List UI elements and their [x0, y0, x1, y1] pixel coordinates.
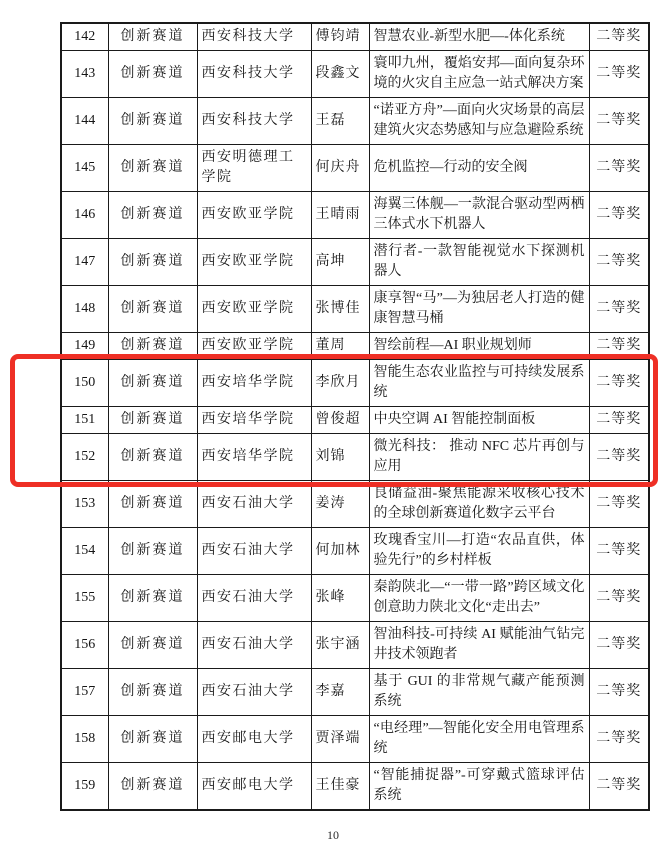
table-row: 146创新赛道西安欧亚学院王晴雨海翼三体舰—一款混合驱动型两栖三体式水下机器人二… — [61, 192, 649, 239]
table-row: 148创新赛道西安欧亚学院张博佳康享智“马”—为独居老人打造的健康智慧马桶二等奖 — [61, 286, 649, 333]
cell-row-number: 148 — [61, 286, 108, 333]
cell-row-number: 155 — [61, 575, 108, 622]
cell-row-number: 152 — [61, 434, 108, 481]
cell-school: 西安培华学院 — [197, 407, 311, 434]
cell-leader-name: 刘锦 — [311, 434, 369, 481]
cell-row-number: 142 — [61, 23, 108, 51]
cell-leader-name: 何庆舟 — [311, 145, 369, 192]
cell-school: 西安科技大学 — [197, 23, 311, 51]
cell-leader-name: 王晴雨 — [311, 192, 369, 239]
cell-award-level: 二等奖 — [589, 763, 649, 811]
cell-track: 创新赛道 — [108, 360, 197, 407]
cell-track: 创新赛道 — [108, 716, 197, 763]
cell-leader-name: 曾俊超 — [311, 407, 369, 434]
cell-school: 西安邮电大学 — [197, 763, 311, 811]
cell-leader-name: 张峰 — [311, 575, 369, 622]
cell-school: 西安石油大学 — [197, 622, 311, 669]
cell-track: 创新赛道 — [108, 481, 197, 528]
cell-award-level: 二等奖 — [589, 239, 649, 286]
cell-project-title: 智绘前程—AI 职业规划师 — [369, 333, 589, 360]
cell-school: 西安石油大学 — [197, 575, 311, 622]
cell-leader-name: 李欣月 — [311, 360, 369, 407]
cell-track: 创新赛道 — [108, 23, 197, 51]
cell-leader-name: 李嘉 — [311, 669, 369, 716]
cell-track: 创新赛道 — [108, 239, 197, 286]
table-row: 155创新赛道西安石油大学张峰秦韵陕北—“一带一路”跨区域文化创意助力陕北文化“… — [61, 575, 649, 622]
cell-award-level: 二等奖 — [589, 669, 649, 716]
cell-school: 西安科技大学 — [197, 98, 311, 145]
cell-award-level: 二等奖 — [589, 333, 649, 360]
table-row: 143创新赛道西安科技大学段鑫文寰叩九州，覆焰安邦—面向复杂环境的火灾自主应急一… — [61, 51, 649, 98]
cell-row-number: 156 — [61, 622, 108, 669]
cell-leader-name: 张宇涵 — [311, 622, 369, 669]
cell-project-title: 智能生态农业监控与可持续发展系统 — [369, 360, 589, 407]
table-row: 142创新赛道西安科技大学傅钧靖智慧农业-新型水肥—-体化系统二等奖 — [61, 23, 649, 51]
table-row: 150创新赛道西安培华学院李欣月智能生态农业监控与可持续发展系统二等奖 — [61, 360, 649, 407]
cell-school: 西安欧亚学院 — [197, 192, 311, 239]
cell-school: 西安培华学院 — [197, 360, 311, 407]
cell-track: 创新赛道 — [108, 51, 197, 98]
cell-row-number: 144 — [61, 98, 108, 145]
cell-project-title: 寰叩九州，覆焰安邦—面向复杂环境的火灾自主应急一站式解决方案 — [369, 51, 589, 98]
table-row: 158创新赛道西安邮电大学贾泽端“电经理”—智能化安全用电管理系统二等奖 — [61, 716, 649, 763]
cell-leader-name: 何加林 — [311, 528, 369, 575]
table-row: 145创新赛道西安明德理工学院何庆舟危机监控—行动的安全阀二等奖 — [61, 145, 649, 192]
cell-project-title: 潜行者-一款智能视觉水下探测机器人 — [369, 239, 589, 286]
cell-award-level: 二等奖 — [589, 622, 649, 669]
cell-award-level: 二等奖 — [589, 481, 649, 528]
cell-track: 创新赛道 — [108, 669, 197, 716]
cell-project-title: 智油科技-可持续 AI 赋能油气钻完井技术领跑者 — [369, 622, 589, 669]
cell-leader-name: 姜涛 — [311, 481, 369, 528]
cell-school: 西安科技大学 — [197, 51, 311, 98]
cell-leader-name: 董周 — [311, 333, 369, 360]
cell-row-number: 159 — [61, 763, 108, 811]
cell-school: 西安邮电大学 — [197, 716, 311, 763]
cell-row-number: 153 — [61, 481, 108, 528]
cell-leader-name: 段鑫文 — [311, 51, 369, 98]
cell-project-title: 玫瑰香宝川—打造“农品直供，体验先行”的乡村样板 — [369, 528, 589, 575]
table-row: 154创新赛道西安石油大学何加林玫瑰香宝川—打造“农品直供，体验先行”的乡村样板… — [61, 528, 649, 575]
cell-track: 创新赛道 — [108, 333, 197, 360]
cell-school: 西安石油大学 — [197, 481, 311, 528]
award-results-table: 142创新赛道西安科技大学傅钧靖智慧农业-新型水肥—-体化系统二等奖143创新赛… — [60, 22, 650, 811]
cell-award-level: 二等奖 — [589, 145, 649, 192]
cell-leader-name: 贾泽端 — [311, 716, 369, 763]
cell-track: 创新赛道 — [108, 575, 197, 622]
cell-leader-name: 傅钧靖 — [311, 23, 369, 51]
cell-leader-name: 王佳豪 — [311, 763, 369, 811]
cell-project-title: “诺亚方舟”—面向火灾场景的高层建筑火灾态势感知与应急避险系统 — [369, 98, 589, 145]
table-row: 157创新赛道西安石油大学李嘉基于 GUI 的非常规气藏产能预测系统二等奖 — [61, 669, 649, 716]
cell-award-level: 二等奖 — [589, 716, 649, 763]
cell-award-level: 二等奖 — [589, 528, 649, 575]
cell-leader-name: 王磊 — [311, 98, 369, 145]
cell-track: 创新赛道 — [108, 192, 197, 239]
cell-row-number: 150 — [61, 360, 108, 407]
table-row: 149创新赛道西安欧亚学院董周智绘前程—AI 职业规划师二等奖 — [61, 333, 649, 360]
cell-track: 创新赛道 — [108, 98, 197, 145]
cell-school: 西安明德理工学院 — [197, 145, 311, 192]
cell-school: 西安欧亚学院 — [197, 239, 311, 286]
cell-project-title: 中央空调 AI 智能控制面板 — [369, 407, 589, 434]
cell-award-level: 二等奖 — [589, 575, 649, 622]
cell-award-level: 二等奖 — [589, 23, 649, 51]
cell-school: 西安培华学院 — [197, 434, 311, 481]
cell-track: 创新赛道 — [108, 434, 197, 481]
cell-school: 西安欧亚学院 — [197, 333, 311, 360]
cell-row-number: 143 — [61, 51, 108, 98]
table-row: 151创新赛道西安培华学院曾俊超中央空调 AI 智能控制面板二等奖 — [61, 407, 649, 434]
cell-school: 西安石油大学 — [197, 669, 311, 716]
cell-award-level: 二等奖 — [589, 286, 649, 333]
page-number: 10 — [0, 828, 666, 843]
cell-track: 创新赛道 — [108, 528, 197, 575]
cell-award-level: 二等奖 — [589, 407, 649, 434]
table-row: 156创新赛道西安石油大学张宇涵智油科技-可持续 AI 赋能油气钻完井技术领跑者… — [61, 622, 649, 669]
cell-row-number: 149 — [61, 333, 108, 360]
cell-award-level: 二等奖 — [589, 192, 649, 239]
cell-row-number: 151 — [61, 407, 108, 434]
cell-project-title: 微光科技： 推动 NFC 芯片再创与应用 — [369, 434, 589, 481]
cell-leader-name: 张博佳 — [311, 286, 369, 333]
table-row: 159创新赛道西安邮电大学王佳豪“智能捕捉器”-可穿戴式篮球评估系统二等奖 — [61, 763, 649, 811]
cell-award-level: 二等奖 — [589, 360, 649, 407]
cell-row-number: 146 — [61, 192, 108, 239]
cell-school: 西安欧亚学院 — [197, 286, 311, 333]
cell-project-title: 危机监控—行动的安全阀 — [369, 145, 589, 192]
cell-project-title: “电经理”—智能化安全用电管理系统 — [369, 716, 589, 763]
cell-leader-name: 高坤 — [311, 239, 369, 286]
cell-project-title: 秦韵陕北—“一带一路”跨区域文化创意助力陕北文化“走出去” — [369, 575, 589, 622]
cell-project-title: 海翼三体舰—一款混合驱动型两栖三体式水下机器人 — [369, 192, 589, 239]
table-row: 144创新赛道西安科技大学王磊“诺亚方舟”—面向火灾场景的高层建筑火灾态势感知与… — [61, 98, 649, 145]
cell-row-number: 158 — [61, 716, 108, 763]
cell-track: 创新赛道 — [108, 145, 197, 192]
cell-track: 创新赛道 — [108, 407, 197, 434]
cell-award-level: 二等奖 — [589, 434, 649, 481]
cell-row-number: 145 — [61, 145, 108, 192]
cell-project-title: 智慧农业-新型水肥—-体化系统 — [369, 23, 589, 51]
cell-award-level: 二等奖 — [589, 98, 649, 145]
cell-project-title: 基于 GUI 的非常规气藏产能预测系统 — [369, 669, 589, 716]
cell-row-number: 157 — [61, 669, 108, 716]
cell-track: 创新赛道 — [108, 763, 197, 811]
table-row: 152创新赛道西安培华学院刘锦微光科技： 推动 NFC 芯片再创与应用二等奖 — [61, 434, 649, 481]
cell-track: 创新赛道 — [108, 286, 197, 333]
cell-project-title: 良储益油-聚焦能源采收核心技术的全球创新赛道化数字云平台 — [369, 481, 589, 528]
table-row: 153创新赛道西安石油大学姜涛良储益油-聚焦能源采收核心技术的全球创新赛道化数字… — [61, 481, 649, 528]
cell-track: 创新赛道 — [108, 622, 197, 669]
cell-award-level: 二等奖 — [589, 51, 649, 98]
cell-school: 西安石油大学 — [197, 528, 311, 575]
table-row: 147创新赛道西安欧亚学院高坤潜行者-一款智能视觉水下探测机器人二等奖 — [61, 239, 649, 286]
award-table-body: 142创新赛道西安科技大学傅钧靖智慧农业-新型水肥—-体化系统二等奖143创新赛… — [61, 23, 649, 810]
cell-project-title: “智能捕捉器”-可穿戴式篮球评估系统 — [369, 763, 589, 811]
cell-row-number: 154 — [61, 528, 108, 575]
cell-row-number: 147 — [61, 239, 108, 286]
document-page: 142创新赛道西安科技大学傅钧靖智慧农业-新型水肥—-体化系统二等奖143创新赛… — [0, 0, 666, 867]
cell-project-title: 康享智“马”—为独居老人打造的健康智慧马桶 — [369, 286, 589, 333]
